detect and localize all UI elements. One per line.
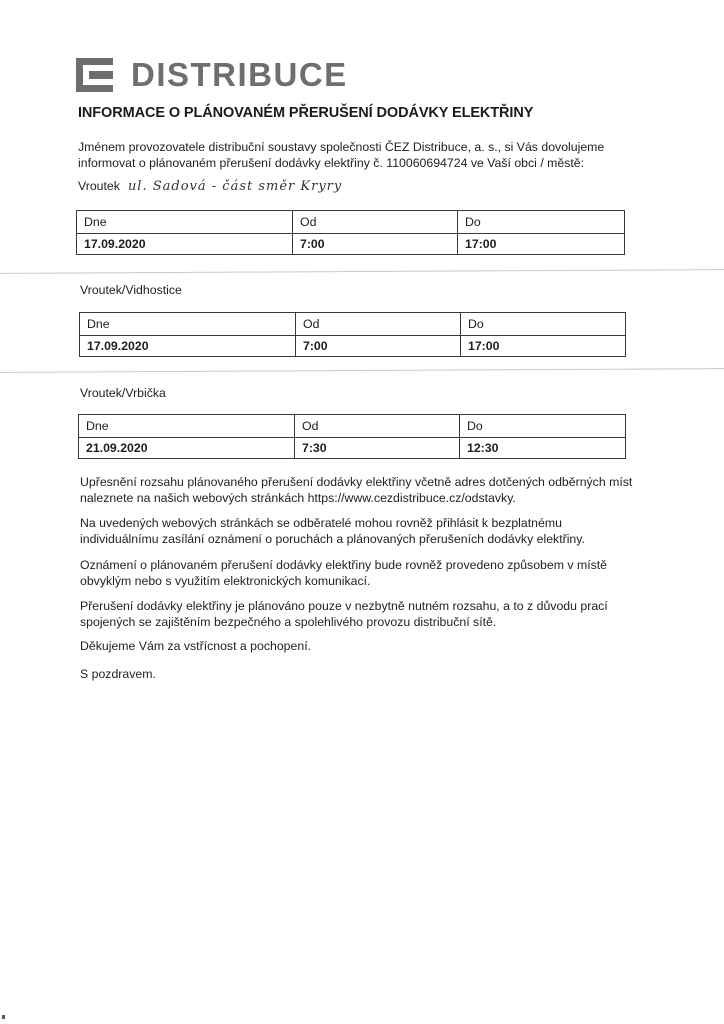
document-title: INFORMACE O PLÁNOVANÉM PŘERUŠENÍ DODÁVKY… [78, 105, 533, 121]
location-line-1: Vroutekul. Sadová - část směr Kryry [78, 178, 342, 195]
thanks-line: Děkujeme Vám za vstřícnost a pochopení. [80, 638, 311, 654]
intro-line-1: Jménem provozovatele distribuční soustav… [78, 139, 618, 155]
paragraph-line: Přerušení dodávky elektřiny je plánováno… [80, 598, 608, 614]
value-from: 7:00 [296, 336, 461, 357]
closing-line: S pozdravem. [80, 666, 156, 682]
intro-line-2: informovat o plánovaném přerušení dodávk… [78, 155, 618, 171]
header-to: Do [460, 415, 626, 438]
company-logo: DISTRIBUCE [76, 58, 348, 92]
value-to: 17:00 [458, 234, 625, 255]
table-header-row: Dne Od Do [80, 313, 626, 336]
paragraph-line: Oznámení o plánovaném přerušení dodávky … [80, 557, 607, 573]
scan-artifact [2, 1015, 5, 1019]
table-header-row: Dne Od Do [77, 211, 625, 234]
table-row: 17.09.2020 7:00 17:00 [77, 234, 625, 255]
outage-table-1: Dne Od Do 17.09.2020 7:00 17:00 [76, 210, 625, 255]
table-row: 17.09.2020 7:00 17:00 [80, 336, 626, 357]
value-from: 7:30 [295, 438, 460, 459]
value-to: 12:30 [460, 438, 626, 459]
header-to: Do [458, 211, 625, 234]
paper-fold-line [0, 368, 724, 373]
handwritten-note: ul. Sadová - část směr Kryry [128, 179, 342, 194]
paragraph-announcement: Oznámení o plánovaném přerušení dodávky … [80, 557, 607, 589]
value-to: 17:00 [461, 336, 626, 357]
header-date: Dne [80, 313, 296, 336]
paragraph-line: spojených se zajištěním bezpečného a spo… [80, 614, 608, 630]
paragraph-subscription: Na uvedených webových stránkách se odběr… [80, 515, 585, 547]
value-date: 17.09.2020 [77, 234, 293, 255]
logo-text: DISTRIBUCE [131, 58, 348, 92]
paragraph-line: obvyklým nebo s využitím elektronických … [80, 573, 607, 589]
table-header-row: Dne Od Do [79, 415, 626, 438]
table-row: 21.09.2020 7:30 12:30 [79, 438, 626, 459]
paper-fold-line [0, 269, 724, 274]
value-date: 21.09.2020 [79, 438, 295, 459]
header-from: Od [296, 313, 461, 336]
intro-paragraph: Jménem provozovatele distribuční soustav… [78, 139, 618, 171]
outage-table-3: Dne Od Do 21.09.2020 7:30 12:30 [78, 414, 626, 459]
outage-table-2: Dne Od Do 17.09.2020 7:00 17:00 [79, 312, 626, 357]
paragraph-line: naleznete na našich webových stránkách h… [80, 490, 632, 506]
cez-logo-icon [76, 58, 113, 92]
header-date: Dne [79, 415, 295, 438]
location-label: Vroutek [78, 179, 120, 193]
header-from: Od [295, 415, 460, 438]
value-from: 7:00 [293, 234, 458, 255]
paragraph-line: Upřesnění rozsahu plánovaného přerušení … [80, 474, 632, 490]
paragraph-details: Upřesnění rozsahu plánovaného přerušení … [80, 474, 632, 506]
paragraph-line: Na uvedených webových stránkách se odběr… [80, 515, 585, 531]
header-to: Do [461, 313, 626, 336]
location-line-2: Vroutek/Vidhostice [80, 283, 182, 297]
header-from: Od [293, 211, 458, 234]
paragraph-reason: Přerušení dodávky elektřiny je plánováno… [80, 598, 608, 630]
value-date: 17.09.2020 [80, 336, 296, 357]
header-date: Dne [77, 211, 293, 234]
paragraph-line: individuálnímu zasílání oznámení o poruc… [80, 531, 585, 547]
location-line-3: Vroutek/Vrbička [80, 386, 166, 400]
